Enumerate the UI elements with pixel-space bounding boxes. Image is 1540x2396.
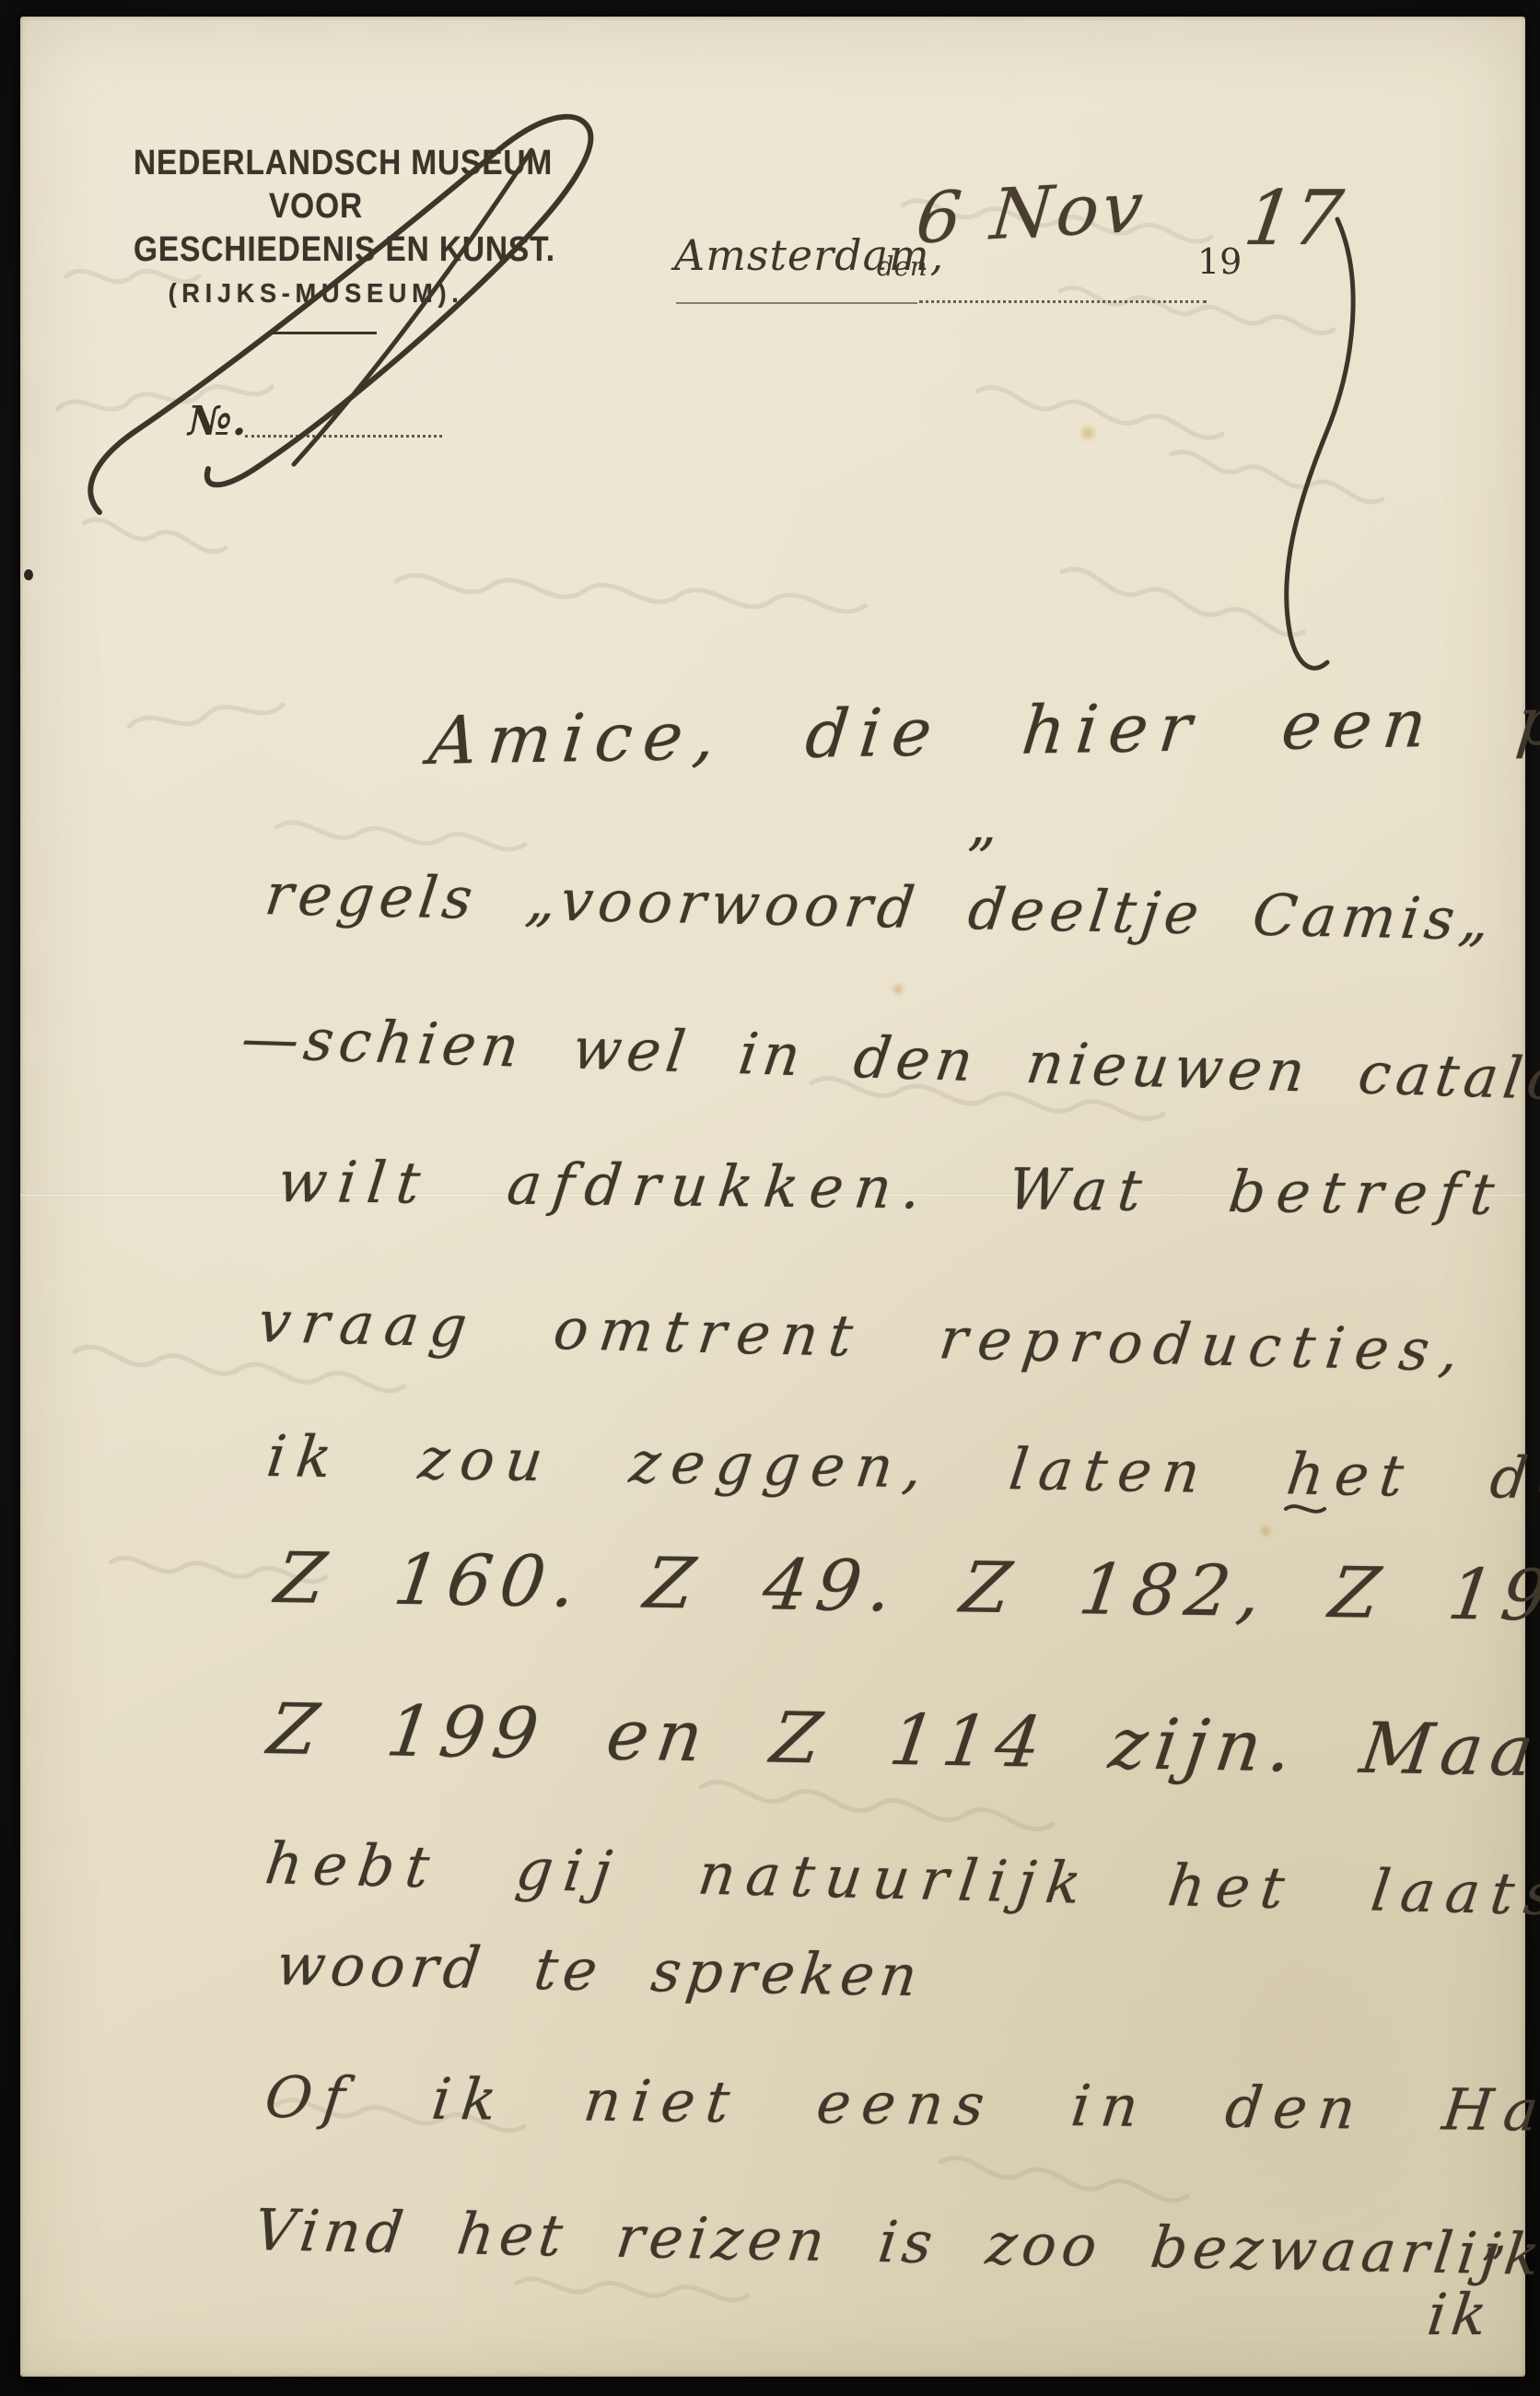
- handwritten-line: woord te spreken: [273, 1931, 927, 2009]
- handwritten-catchword: ik: [1424, 2281, 1496, 2348]
- scan-background: NEDERLANDSCH MUSEUM VOOR GESCHIEDENIS EN…: [0, 0, 1540, 2396]
- floating-quote-mark: „: [967, 790, 1002, 858]
